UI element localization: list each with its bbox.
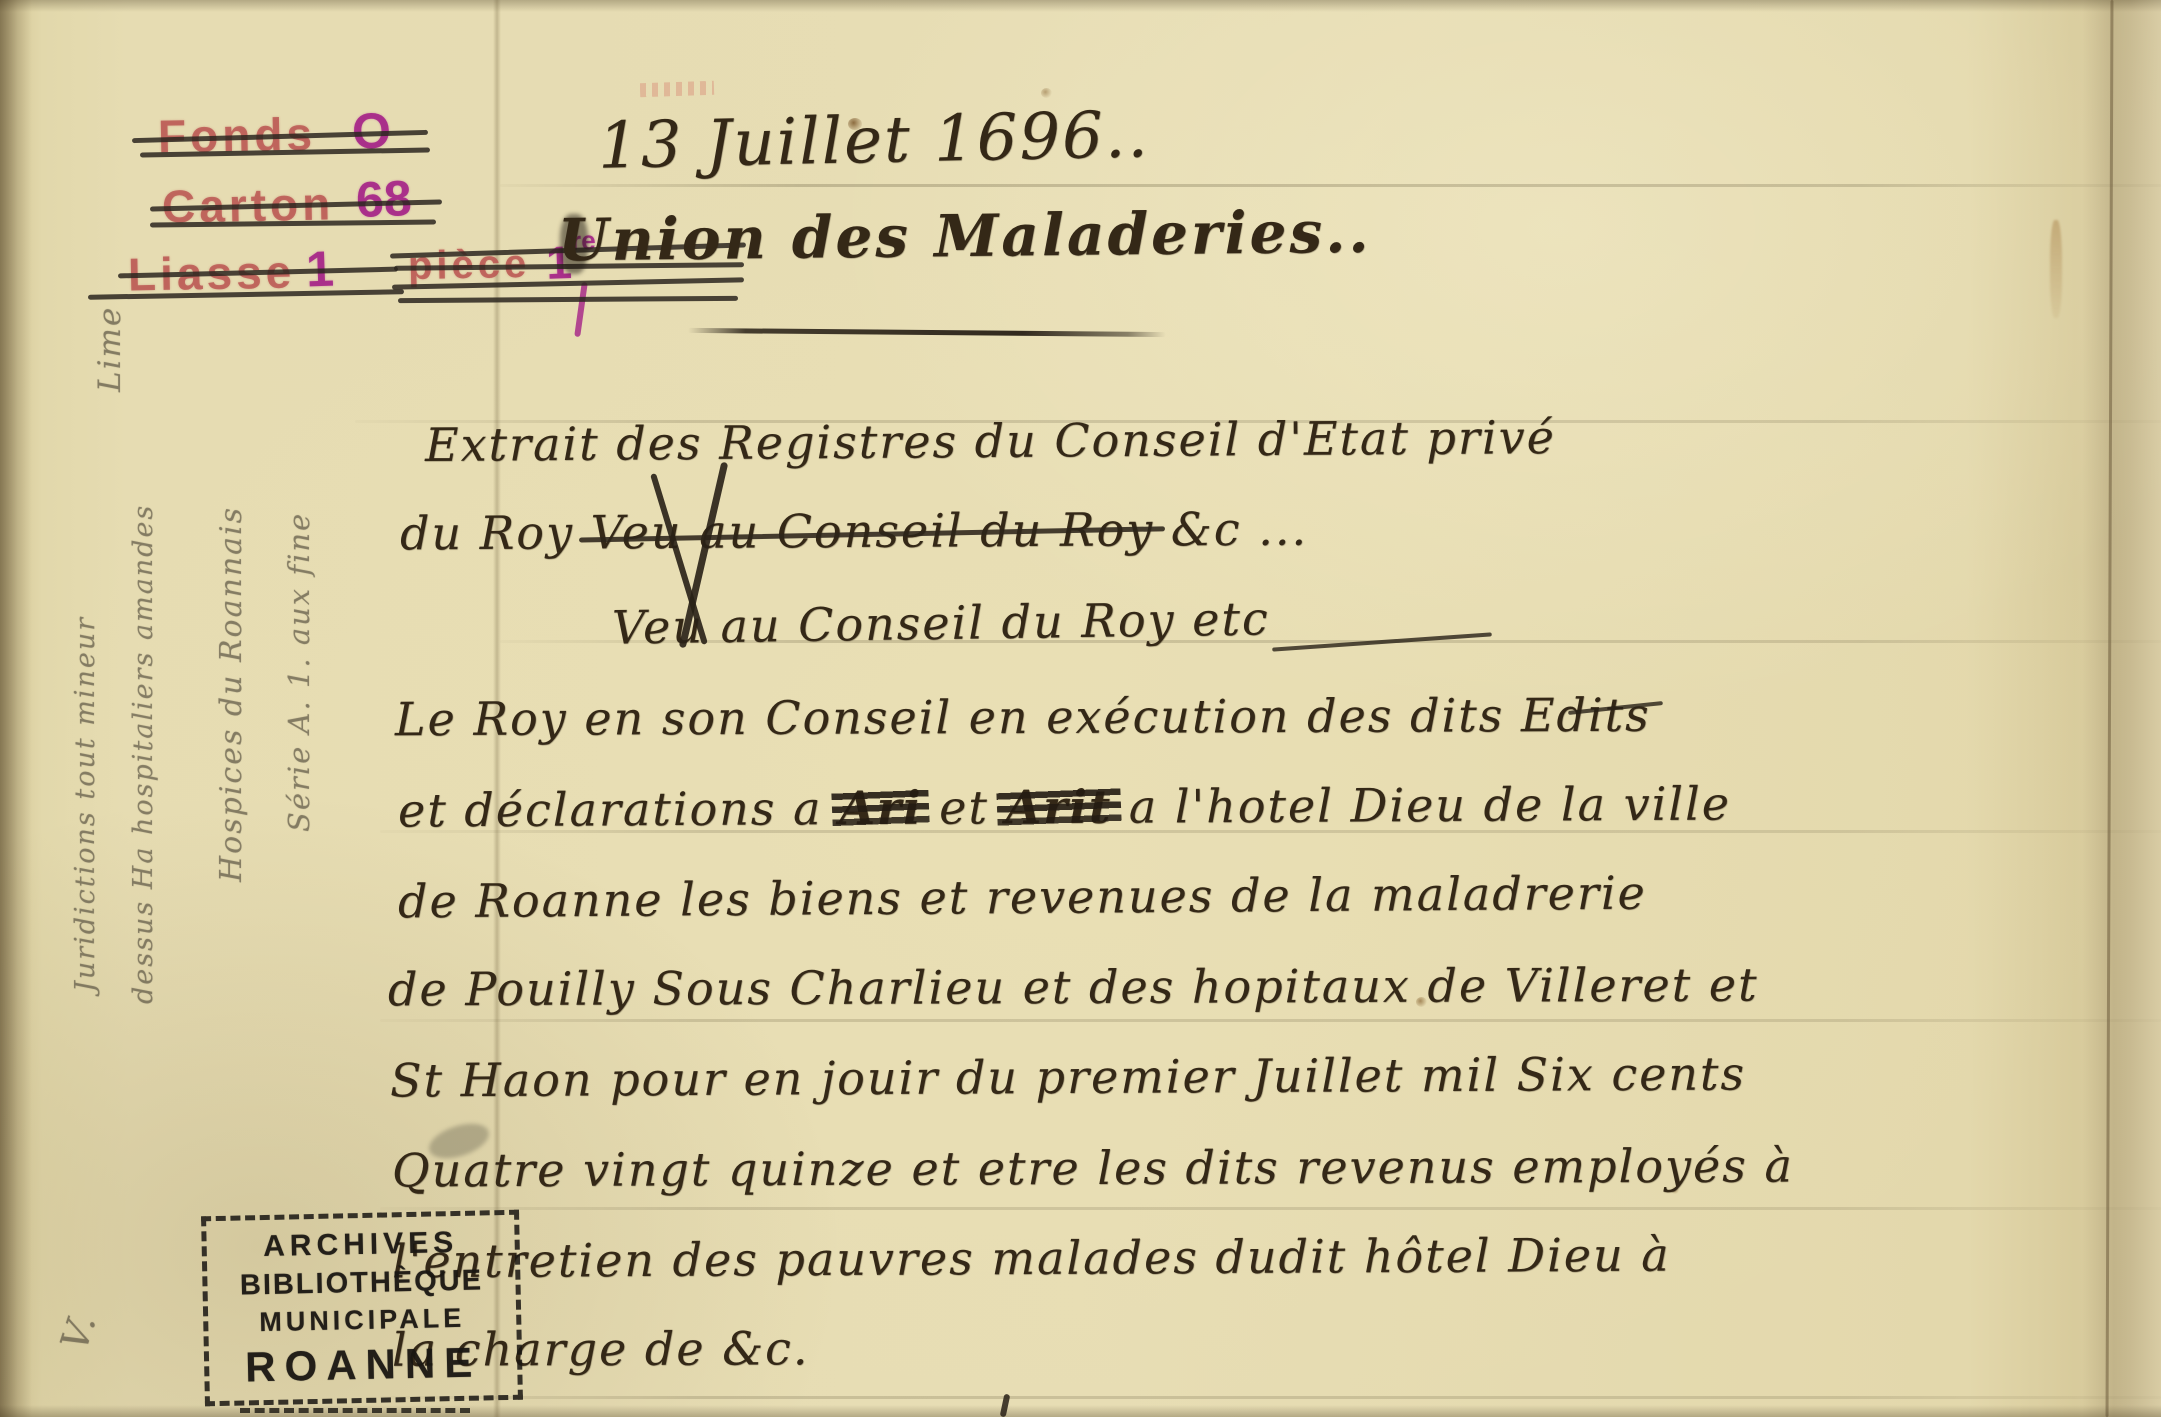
line-text: a l'hotel Dieu de la ville [1112, 777, 1731, 834]
piece-stamp-descender [574, 282, 588, 337]
line-text: et déclarations a [398, 781, 839, 837]
manuscript-line: Quatre vingt quinze et etre les dits rev… [392, 1143, 1794, 1194]
line-text: &c ... [1154, 502, 1308, 557]
manuscript-line: Veu au Conseil du Roy etc [612, 595, 1270, 650]
scribbled-text: Arit [1005, 780, 1112, 835]
manuscript-line: l'entretien des pauvres malades dudit hô… [392, 1232, 1671, 1285]
archive-stamp-line: MUNICIPALE [259, 1302, 466, 1337]
line-text: l'entretien des pauvres malades dudit hô… [392, 1228, 1671, 1289]
manuscript-line: du Roy Veu au Conseil du Roy &c ... [400, 506, 1308, 557]
manuscript-page: Fonds O Carton 68 Liasse 1 pièce 1re 13 … [0, 0, 2161, 1417]
archive-library-stamp: ARCHIVES BIBLIOTHÈQUE MUNICIPALE ROANNE [201, 1210, 523, 1407]
manuscript-line: St Haon pour en jouir du premier Juillet… [390, 1050, 1746, 1103]
archive-stamp-line: ARCHIVES [263, 1225, 459, 1263]
manuscript-line: de Pouilly Sous Charlieu et des hopitaux… [388, 962, 1759, 1013]
manuscript-line: Extrait des Registres du Conseil d'Etat … [425, 414, 1556, 468]
line-text: St Haon pour en jouir du premier Juillet… [390, 1046, 1746, 1107]
line-text: de Pouilly Sous Charlieu et des hopitaux… [388, 958, 1759, 1017]
crease-line [380, 1207, 2161, 1210]
manuscript-line: Le Roy en son Conseil en exécution des d… [395, 692, 1651, 742]
pencil-marginalia: dessus Ha hospitaliers amandes [128, 504, 159, 1004]
pencil-marginalia: Série A. 1. aux fine [282, 512, 316, 832]
red-stamp-residue [640, 81, 714, 98]
archive-stamp-line: BIBLIOTHÈQUE [240, 1264, 484, 1302]
heading-subject: Union des Maladeries.. [558, 198, 1372, 275]
stain-streak [2050, 220, 2062, 318]
pencil-marginalia: Lime [92, 306, 128, 392]
line-text: Veu au Conseil du Roy etc [612, 591, 1270, 654]
line-text: et [922, 780, 1005, 834]
manuscript-line: et déclarations a Ari et Arit a l'hotel … [398, 781, 1731, 834]
crease-line [500, 184, 2161, 187]
paper-edge-left [0, 0, 32, 1417]
scribbled-text: Ari [839, 781, 923, 835]
line-text: de Roanne les biens et revenues de la ma… [398, 866, 1647, 929]
archive-stamp-line: ROANNE [245, 1338, 482, 1391]
heading-underline [688, 328, 1166, 337]
pencil-marginalia: Juridictions tout mineur [70, 616, 101, 992]
crease-line [380, 1019, 2161, 1022]
pencil-marginalia: V. [52, 1307, 105, 1356]
paper-edge-top [0, 0, 2161, 12]
heading-date: 13 Juillet 1696.. [597, 98, 1150, 184]
archive-stamp-partial-border [240, 1408, 470, 1413]
manuscript-line: de Roanne les biens et revenues de la ma… [398, 870, 1647, 925]
pencil-marginalia: Hospices du Roannais [214, 506, 249, 882]
line-text: du Roy [400, 505, 591, 560]
line-text: Le Roy en son Conseil en exécution des d… [395, 688, 1651, 746]
crease-line [380, 1396, 2161, 1399]
foxing-spot [1041, 88, 1052, 98]
line-text: Extrait des Registres du Conseil d'Etat … [425, 410, 1556, 472]
line-text: Quatre vingt quinze et etre les dits rev… [392, 1139, 1794, 1198]
strikethrough-line [398, 296, 738, 303]
paper-edge-right [2082, 0, 2161, 1417]
